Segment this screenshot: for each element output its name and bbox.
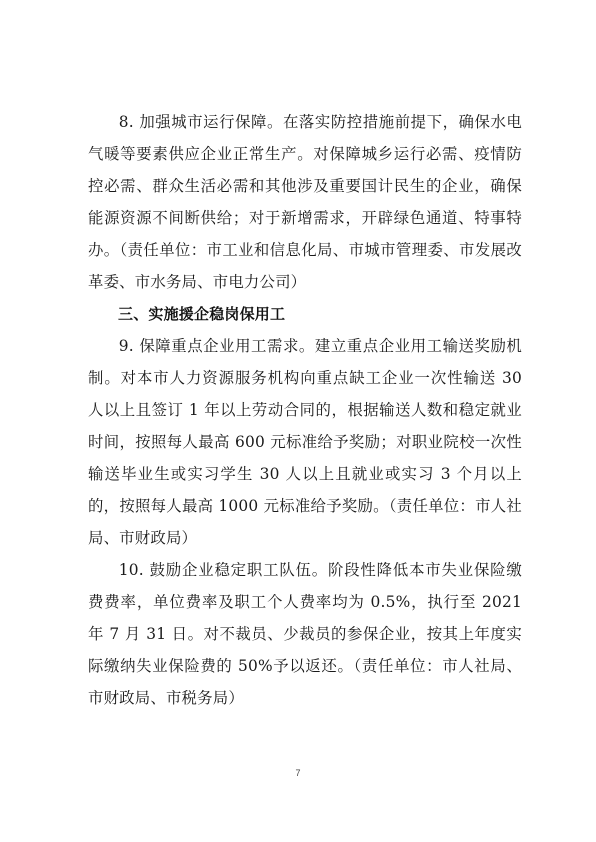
section-heading: 三、实施援企稳岗保用工	[88, 298, 522, 330]
paragraph-item-8: 8. 加强城市运行保障。在落实防控措施前提下，确保水电气暖等要素供应企业正常生产…	[88, 106, 522, 298]
paragraph-item-9: 9. 保障重点企业用工需求。建立重点企业用工输送奖励机制。对本市人力资源服务机构…	[88, 330, 522, 554]
document-page-body: 8. 加强城市运行保障。在落实防控措施前提下，确保水电气暖等要素供应企业正常生产…	[88, 106, 522, 714]
page-number: 7	[0, 768, 596, 778]
paragraph-item-10: 10. 鼓励企业稳定职工队伍。阶段性降低本市失业保险缴费费率，单位费率及职工个人…	[88, 554, 522, 714]
